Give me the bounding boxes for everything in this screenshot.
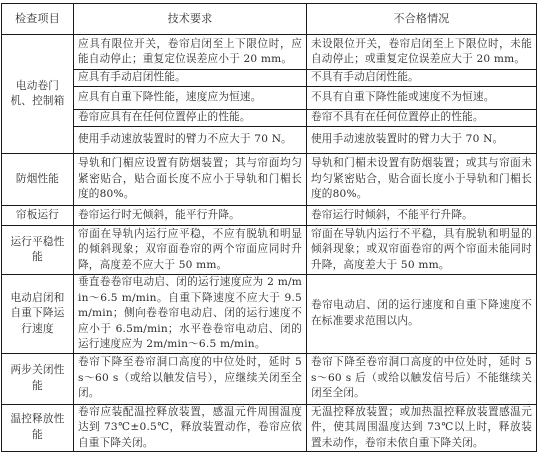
inspection-item-cell: 两步关闭性能 — [2, 353, 74, 404]
header-inspection-item: 检查项目 — [2, 4, 74, 35]
table-row: 卷帘应具有在任何位置停止的性能。卷帘不具有在任何位置停止的性能。 — [2, 110, 537, 127]
table-row: 电动卷门机、控制箱应具有限位开关，卷帘启闭至上下限位时，应能自动停止；重复定位误… — [2, 35, 537, 70]
requirement-cell: 使用手动速放装置时的臂力不应大于 70 N。 — [74, 127, 307, 154]
header-row: 检查项目 技术要求 不合格情况 — [2, 4, 537, 35]
table-row: 温控释放性能卷帘应装配温控释放装置，感温元件周围温度达到 73℃±0.5℃，释放… — [2, 404, 537, 440]
nonconformity-cell: 卷帘不具有在任何位置停止的性能。 — [307, 110, 537, 127]
nonconformity-cell: 卷帘下降至卷帘洞口高度的中位处时，延时 5 s～60 s 后（或给以触发信号后）… — [307, 353, 537, 404]
requirement-cell: 卷帘下降至卷帘洞口高度的中位处时，延时 5 s～60 s（或给以触发信号），应继… — [74, 353, 307, 404]
nonconformity-cell: 卷帘运行时倾斜，不能平行升降。 — [307, 206, 537, 226]
table-row: 应具有手动启闭性能。不具有手动启闭性能。 — [2, 70, 537, 87]
requirement-cell: 卷帘应装配温控释放装置，感温元件周围温度达到 73℃±0.5℃，释放装置动作，卷… — [74, 404, 307, 440]
table-row: 两步关闭性能卷帘下降至卷帘洞口高度的中位处时，延时 5 s～60 s（或给以触发… — [2, 353, 537, 404]
nonconformity-cell: 导轨和门楣未设置有防烟装置；或其与帘面未均匀紧密贴合，贴合面长度小于导轨和门楣长… — [307, 154, 537, 206]
table-body: 电动卷门机、控制箱应具有限位开关，卷帘启闭至上下限位时，应能自动停止；重复定位误… — [2, 35, 537, 441]
requirement-cell: 卷帘应具有在任何位置停止的性能。 — [74, 110, 307, 127]
inspection-item-cell: 电动卷门机、控制箱 — [2, 35, 74, 154]
inspection-item-cell: 电动启闭和自重下降运行速度 — [2, 275, 74, 354]
inspection-item-cell: 防烟性能 — [2, 154, 74, 206]
nonconformity-cell: 帘面在导轨内运行不平稳，具有脱轨和明显的倾斜现象；或双帘面卷帘的两个帘面未能同时… — [307, 226, 537, 275]
nonconformity-cell: 不具有自重下降性能或速度不为恒速。 — [307, 87, 537, 110]
table-row: 使用手动速放装置时的臂力不应大于 70 N。使用手动速放装置时的臂力大于 70 … — [2, 127, 537, 154]
nonconformity-cell: 卷帘电动启、闭的运行速度和自重下降速度不在标准要求范围以内。 — [307, 275, 537, 354]
inspection-item-cell: 温控释放性能 — [2, 404, 74, 440]
requirement-cell: 应具有手动启闭性能。 — [74, 70, 307, 87]
inspection-item-cell: 运行平稳性能 — [2, 226, 74, 275]
table-row: 应具有自重下降性能，速度应为恒速。不具有自重下降性能或速度不为恒速。 — [2, 87, 537, 110]
requirement-cell: 导轨和门楣应设置有防烟装置；其与帘面均匀紧密贴合，贴合面长度不应小于导轨和门楣长… — [74, 154, 307, 206]
requirement-cell: 垂直卷卷帘电动启、闭的运行速度应为 2 m/min～6.5 m/min。自重下降… — [74, 275, 307, 354]
inspection-item-cell: 帘板运行 — [2, 206, 74, 226]
nonconformity-cell: 不具有手动启闭性能。 — [307, 70, 537, 87]
table-row: 电动启闭和自重下降运行速度垂直卷卷帘电动启、闭的运行速度应为 2 m/min～6… — [2, 275, 537, 354]
nonconformity-cell: 无温控释放装置；或加热温控释放装置感温元件，使其周围温度达到 73℃以上时，释放… — [307, 404, 537, 440]
nonconformity-cell: 未设限位开关，卷帘启闭至上下限位时，未能自动停止；或重复定位误差应大于 20 m… — [307, 35, 537, 70]
table-row: 运行平稳性能帘面在导轨内运行应平稳，不应有脱轨和明显的倾斜现象；双帘面卷帘的两个… — [2, 226, 537, 275]
table-row: 防烟性能导轨和门楣应设置有防烟装置；其与帘面均匀紧密贴合，贴合面长度不应小于导轨… — [2, 154, 537, 206]
nonconformity-cell: 使用手动速放装置时的臂力大于 70 N。 — [307, 127, 537, 154]
table-row: 帘板运行卷帘运行时无倾斜，能平行升降。卷帘运行时倾斜，不能平行升降。 — [2, 206, 537, 226]
inspection-table: 检查项目 技术要求 不合格情况 电动卷门机、控制箱应具有限位开关，卷帘启闭至上下… — [1, 3, 537, 440]
header-technical-requirements: 技术要求 — [74, 4, 307, 35]
requirement-cell: 卷帘运行时无倾斜，能平行升降。 — [74, 206, 307, 226]
requirement-cell: 应具有自重下降性能，速度应为恒速。 — [74, 87, 307, 110]
header-nonconformity: 不合格情况 — [307, 4, 537, 35]
requirement-cell: 应具有限位开关，卷帘启闭至上下限位时，应能自动停止；重复定位误差应小于 20 m… — [74, 35, 307, 70]
requirement-cell: 帘面在导轨内运行应平稳，不应有脱轨和明显的倾斜现象；双帘面卷帘的两个帘面应同时升… — [74, 226, 307, 275]
